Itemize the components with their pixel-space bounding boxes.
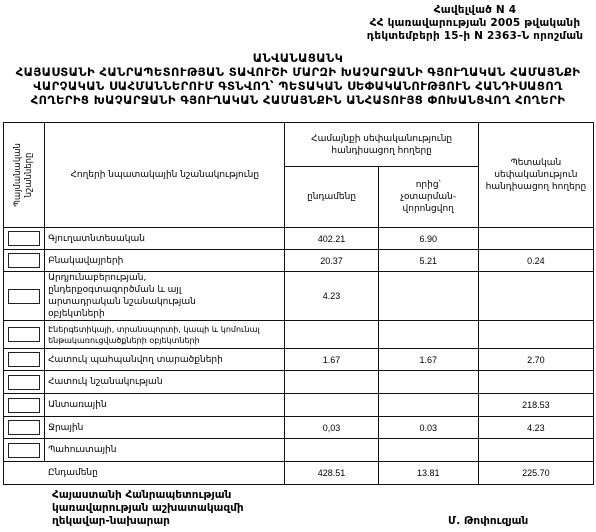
land-purpose: Գյուղատնտեսական — [45, 228, 285, 250]
of-which-value: 5.21 — [378, 250, 478, 272]
code-box — [8, 327, 40, 342]
total-value — [285, 371, 378, 394]
code-cell — [4, 417, 45, 439]
title-line-4: ՀՈՂԵՐԻՑ ԽԱՉԱՐՋԱՆԻ ԳՅՈՒՂԱԿԱՆ ՀԱՄԱՅՆՔԻՆ ԱՆ… — [0, 93, 596, 107]
totals-label: Ընդամենը — [4, 462, 285, 485]
signatory-position: Հայաստանի Հանրապետության կառավարության ա… — [52, 489, 244, 528]
code-box — [8, 352, 40, 367]
land-purpose: Արդյունաբերության, ընդերքօգտագործման և ա… — [45, 272, 285, 321]
code-box — [8, 443, 40, 458]
title-line-3: ՎԱՐՉԱԿԱՆ ՍԱՀՄԱՆՆԵՐՈՒՄ ԳՏՆՎՈՂ՝ ՊԵՏԱԿԱՆ ՍԵ… — [0, 79, 596, 93]
of-which-value: 6.90 — [378, 228, 478, 250]
document-title: ԱՆՎԱՆԱՑԱՆԿ ՀԱՅԱՍՏԱՆԻ ՀԱՆՐԱՊԵՏՈՒԹՅԱՆ ՏԱՎՈ… — [0, 51, 596, 107]
of-which-value — [378, 272, 478, 321]
land-purpose: Էներգետիկայի, տրանսպորտի, կապի և կոմունա… — [45, 321, 285, 349]
code-box — [8, 375, 40, 390]
code-cell — [4, 394, 45, 417]
code-cell — [4, 349, 45, 371]
land-purpose: Հատուկ պահպանվող տարածքների — [45, 349, 285, 371]
land-purpose: Բնակավայրերի — [45, 250, 285, 272]
land-table: Պայմանական նշանները Հողերի նպատակային նշ… — [3, 122, 594, 485]
code-cell — [4, 321, 45, 349]
code-cell — [4, 371, 45, 394]
state-value: 218.53 — [478, 394, 593, 417]
header-community-group: Համայնքի սեփականությունը հանդիսացող հողե… — [285, 123, 478, 167]
header-name: Հողերի նպատակային նշանակությունը — [45, 123, 285, 228]
header-total: ընդամենը — [285, 167, 378, 228]
header-row-1: Պայմանական նշանները Հողերի նպատակային նշ… — [4, 123, 594, 167]
header-state: Պետական սեփականություն հանդիսացող հողերը — [478, 123, 593, 228]
totals-state: 225.70 — [478, 462, 593, 485]
state-value: 4.23 — [478, 417, 593, 439]
total-value: 0,03 — [285, 417, 378, 439]
land-purpose: Պահուստային — [45, 439, 285, 462]
table-row: Պահուստային — [4, 439, 594, 462]
code-cell — [4, 228, 45, 250]
land-purpose: Ջրային — [45, 417, 285, 439]
table-row: Հատուկ նշանակության — [4, 371, 594, 394]
code-cell — [4, 439, 45, 462]
state-value — [478, 439, 593, 462]
state-value: 0.24 — [478, 250, 593, 272]
table-row: Հատուկ պահպանվող տարածքների 1.67 1.67 2.… — [4, 349, 594, 371]
annex-reference: Հավելված N 4 ՀՀ կառավարության 2005 թվակա… — [355, 4, 595, 43]
land-purpose: Անտառային — [45, 394, 285, 417]
code-box — [8, 253, 40, 268]
code-cell — [4, 250, 45, 272]
land-purpose: Հատուկ նշանակության — [45, 371, 285, 394]
signatory-position-line-2: կառավարության աշխատակազմի — [52, 502, 244, 515]
of-which-value: 1.67 — [378, 349, 478, 371]
state-value — [478, 371, 593, 394]
of-which-value — [378, 321, 478, 349]
signatory-name: Մ. Թոփուզյան — [448, 515, 528, 527]
title-heading: ԱՆՎԱՆԱՑԱՆԿ — [0, 51, 596, 65]
state-value — [478, 321, 593, 349]
total-value — [285, 439, 378, 462]
code-box — [8, 231, 40, 246]
code-box — [8, 289, 40, 304]
total-value: 402.21 — [285, 228, 378, 250]
of-which-value: 0.03 — [378, 417, 478, 439]
totals-of-which: 13.81 — [378, 462, 478, 485]
annex-decision-line: ՀՀ կառավարության 2005 թվականի — [355, 17, 595, 30]
annex-date-line: դեկտեմբերի 15-ի N 2363-Ն որոշման — [355, 30, 595, 43]
table-row: Բնակավայրերի 20.37 5.21 0.24 — [4, 250, 594, 272]
signatory-position-line-1: Հայաստանի Հանրապետության — [52, 489, 244, 502]
total-value: 20.37 — [285, 250, 378, 272]
of-which-value — [378, 394, 478, 417]
totals-row: Ընդամենը 428.51 13.81 225.70 — [4, 462, 594, 485]
code-cell — [4, 272, 45, 321]
table-row: Արդյունաբերության, ընդերքօգտագործման և ա… — [4, 272, 594, 321]
table-row: Ջրային 0,03 0.03 4.23 — [4, 417, 594, 439]
signatory-position-line-3: ղեկավար-նախարար — [52, 515, 244, 528]
table-row: Գյուղատնտեսական 402.21 6.90 — [4, 228, 594, 250]
table-row: Էներգետիկայի, տրանսպորտի, կապի և կոմունա… — [4, 321, 594, 349]
header-of-which: որից՝ չօտարման-վորոնցվող — [378, 167, 478, 228]
title-line-2: ՀԱՅԱՍՏԱՆԻ ՀԱՆՐԱՊԵՏՈՒԹՅԱՆ ՏԱՎՈՒՇԻ ՄԱՐԶԻ Խ… — [0, 65, 596, 79]
code-box — [8, 420, 40, 435]
annex-number: Հավելված N 4 — [355, 4, 595, 17]
state-value — [478, 228, 593, 250]
header-code: Պայմանական նշանները — [4, 123, 45, 228]
of-which-value — [378, 439, 478, 462]
total-value: 1.67 — [285, 349, 378, 371]
state-value — [478, 272, 593, 321]
total-value — [285, 394, 378, 417]
of-which-value — [378, 371, 478, 394]
totals-total: 428.51 — [285, 462, 378, 485]
code-box — [8, 398, 40, 413]
state-value: 2.70 — [478, 349, 593, 371]
table-row: Անտառային 218.53 — [4, 394, 594, 417]
total-value: 4.23 — [285, 272, 378, 321]
total-value — [285, 321, 378, 349]
